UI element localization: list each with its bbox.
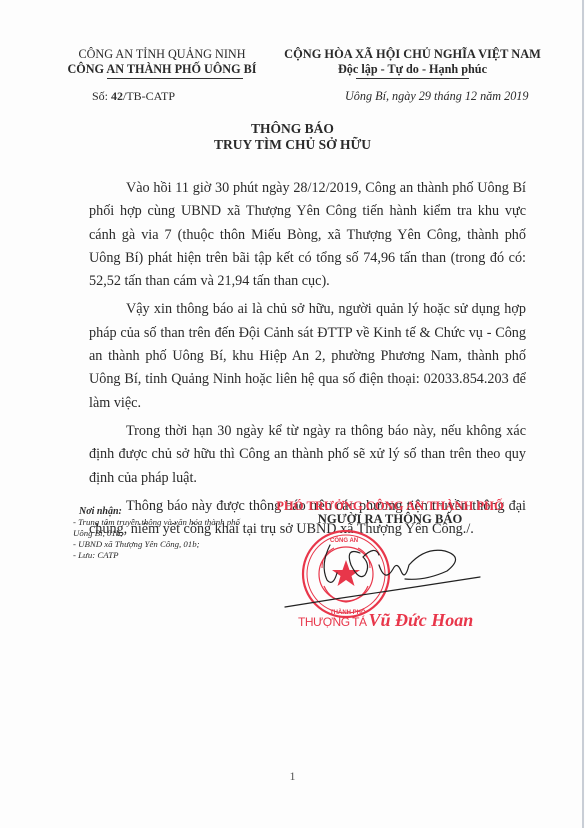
- document-number: Số: 42/TB-CATP: [92, 89, 175, 104]
- title-line-2: TRUY TÌM CHỦ SỞ HỮU: [0, 137, 585, 153]
- recipients-list: Nơi nhận: - Trung tâm truyền thông và vă…: [73, 506, 253, 561]
- signer-rank: THƯỢNG TÁ: [298, 615, 366, 629]
- document-title: THÔNG BÁO TRUY TÌM CHỦ SỞ HỮU: [0, 121, 585, 153]
- paragraph: Trong thời hạn 30 ngày kể từ ngày ra thô…: [89, 420, 526, 490]
- dateline: Uông Bí, ngày 29 tháng 12 năm 2019: [345, 89, 528, 104]
- document-body: Vào hồi 11 giờ 30 phút ngày 28/12/2019, …: [89, 177, 526, 546]
- recipient-item: - UBND xã Thượng Yên Công, 01b;: [73, 539, 253, 550]
- recipient-item: - Lưu: CATP: [73, 550, 253, 561]
- title-line-1: THÔNG BÁO: [0, 121, 585, 137]
- recipient-item: - Trung tâm truyền thông và văn hóa thàn…: [73, 517, 253, 539]
- national-motto: CỘNG HÒA XÃ HỘI CHỦ NGHĨA VIỆT NAM Độc l…: [270, 47, 555, 77]
- handwritten-signature-icon: [275, 535, 515, 615]
- signer-role: NGƯỜI RA THÔNG BÁO: [270, 513, 510, 526]
- parent-agency: CÔNG AN TỈNH QUẢNG NINH: [62, 47, 262, 62]
- country-name: CỘNG HÒA XÃ HỘI CHỦ NGHĨA VIỆT NAM: [270, 47, 555, 62]
- signer-name: Vũ Đức Hoan: [368, 610, 473, 630]
- paragraph: Vậy xin thông báo ai là chủ sở hữu, ngườ…: [89, 298, 526, 414]
- handwritten-number: 42: [111, 89, 123, 103]
- signer-name-line: THƯỢNG TÁVũ Đức Hoan: [298, 610, 473, 631]
- issuing-agency: CÔNG AN TỈNH QUẢNG NINH CÔNG AN THÀNH PH…: [62, 47, 262, 77]
- agency-name: CÔNG AN THÀNH PHỐ UÔNG BÍ: [67, 62, 256, 77]
- paragraph: Vào hồi 11 giờ 30 phút ngày 28/12/2019, …: [89, 177, 526, 293]
- recipients-heading: Nơi nhận:: [79, 506, 253, 517]
- motto: Độc lập - Tự do - Hạnh phúc: [338, 62, 487, 77]
- page-number: 1: [0, 769, 585, 784]
- signature-block: PHÓ TRƯỞNG CÔNG AN THÀNH PHỐ NGƯỜI RA TH…: [270, 500, 510, 526]
